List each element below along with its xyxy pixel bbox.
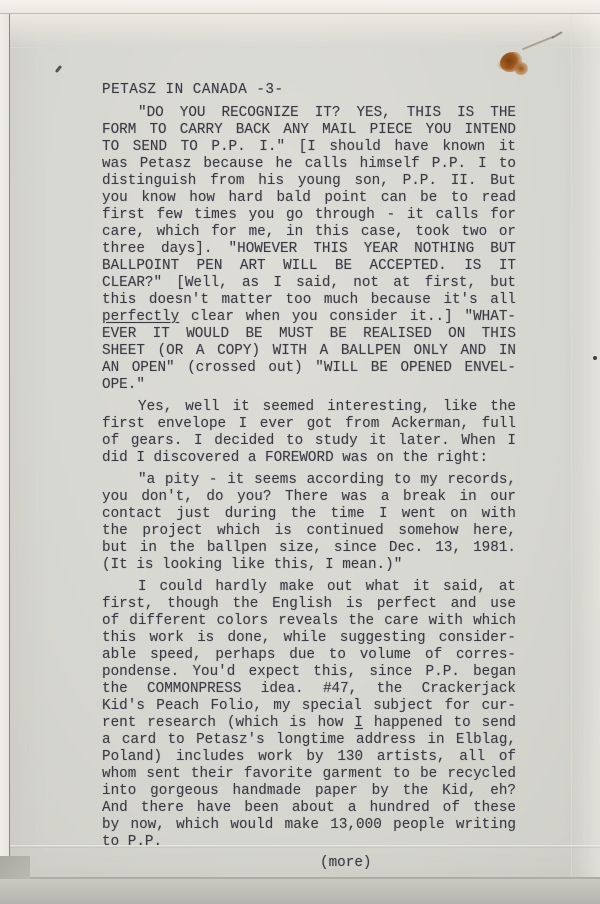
text-line: three days]. "HOWEVER THIS YEAR NOTHING … bbox=[102, 241, 516, 258]
text-line: first envelope I ever got from Ackerman,… bbox=[102, 416, 516, 433]
rust-stain-secondary bbox=[514, 62, 528, 75]
text-line: the COMMONPRESS idea. #47, the Crackerja… bbox=[102, 681, 516, 698]
text-line: distinguish from his young son, P.P. II.… bbox=[102, 173, 516, 190]
text-line: SHEET (OR A COPY) WITH A BALLPEN ONLY AN… bbox=[102, 343, 516, 360]
text-line: And there have been about a hundred of t… bbox=[102, 800, 516, 817]
fold-crease-top bbox=[10, 13, 600, 48]
text-line: Kid's Peach Folio, my special subject fo… bbox=[102, 698, 516, 715]
text-segment: clear when you consider it..] "WHAT- bbox=[179, 309, 516, 325]
text-line: first, though the English is perfect and… bbox=[102, 596, 516, 613]
text-line: perfectly clear when you consider it..] … bbox=[102, 309, 516, 326]
text-line: Poland) includes work by 130 artists, al… bbox=[102, 749, 516, 766]
paragraph: "DO YOU RECOGNIZE IT? YES, THIS IS THEFO… bbox=[102, 105, 516, 394]
text-line: OPE." bbox=[102, 377, 516, 394]
document-header: PETASZ IN CANADA -3- bbox=[102, 82, 516, 99]
paragraph: "a pity - it seems according to my recor… bbox=[102, 472, 516, 574]
text-line: BALLPOINT PEN ART WILL BE ACCEPTED. IS I… bbox=[102, 258, 516, 275]
text-line: you don't, do you? There was a break in … bbox=[102, 489, 516, 506]
text-line: the project which is continued somehow h… bbox=[102, 523, 516, 540]
text-line: rent research (which is how I happened t… bbox=[102, 715, 516, 732]
text-line: of gears. I decided to study it later. W… bbox=[102, 433, 516, 450]
text-line: this work is done, while suggesting cons… bbox=[102, 630, 516, 647]
text-line: EVER IT WOULD BE MUST BE REALISED ON THI… bbox=[102, 326, 516, 343]
paper-speck bbox=[593, 356, 597, 360]
underlined-word: perfectly bbox=[102, 309, 179, 325]
text-line: whom sent their favorite garment to be r… bbox=[102, 766, 516, 783]
text-line: care, which for me, in this case, took t… bbox=[102, 224, 516, 241]
text-line: into gorgeous handmade paper by the Kid,… bbox=[102, 783, 516, 800]
text-line: of different colors reveals the care wit… bbox=[102, 613, 516, 630]
document-footer: (more) bbox=[102, 855, 516, 872]
text-line: to P.P. bbox=[102, 834, 516, 851]
text-line: was Petasz because he calls himself P.P.… bbox=[102, 156, 516, 173]
text-line: Yes, well it seemed interesting, like th… bbox=[102, 399, 516, 416]
text-line: you know how hard bald point can be to r… bbox=[102, 190, 516, 207]
text-line: pondense. You'd expect this, since P.P. … bbox=[102, 664, 516, 681]
text-line: first few times you go through - it call… bbox=[102, 207, 516, 224]
table-surface bbox=[0, 879, 600, 904]
underlying-sheet-top-edge bbox=[0, 0, 600, 14]
text-line: a card to Petasz's longtime address in E… bbox=[102, 732, 516, 749]
document-text: PETASZ IN CANADA -3- "DO YOU RECOGNIZE I… bbox=[102, 82, 516, 872]
text-segment: rent research (which is how bbox=[102, 715, 354, 731]
text-line: "DO YOU RECOGNIZE IT? YES, THIS IS THE bbox=[102, 105, 516, 122]
text-line: CLEAR?" [Well, as I said, not at first, … bbox=[102, 275, 516, 292]
text-line: TO SEND TO P.P. I." [I should have known… bbox=[102, 139, 516, 156]
text-line: I could hardly make out what it said, at bbox=[102, 579, 516, 596]
paragraph: Yes, well it seemed interesting, like th… bbox=[102, 399, 516, 467]
text-line: FORM TO CARRY BACK ANY MAIL PIECE YOU IN… bbox=[102, 122, 516, 139]
text-line: AN OPEN" (crossed out) "WILL BE OPENED E… bbox=[102, 360, 516, 377]
text-line: contact just during the time I went on w… bbox=[102, 506, 516, 523]
photo-background: PETASZ IN CANADA -3- "DO YOU RECOGNIZE I… bbox=[0, 0, 600, 904]
page-right-curl bbox=[571, 13, 600, 879]
text-line: "a pity - it seems according to my recor… bbox=[102, 472, 516, 489]
document-body: "DO YOU RECOGNIZE IT? YES, THIS IS THEFO… bbox=[102, 105, 516, 851]
rust-stain-halo bbox=[497, 60, 507, 70]
underlined-word: I bbox=[354, 715, 363, 731]
text-line: (It is looking like this, I mean.)" bbox=[102, 557, 516, 574]
text-line: this doesn't matter too much because it'… bbox=[102, 292, 516, 309]
underlying-sheet-left-edge bbox=[0, 0, 9, 904]
text-line: able speed, perhaps due to volume of cor… bbox=[102, 647, 516, 664]
text-segment: happened to send bbox=[363, 715, 516, 731]
text-line: by now, which would make 13,000 people w… bbox=[102, 817, 516, 834]
paragraph: I could hardly make out what it said, at… bbox=[102, 579, 516, 851]
text-line: but in the ballpen size, since Dec. 13, … bbox=[102, 540, 516, 557]
text-line: did I discovered a FOREWORD was on the r… bbox=[102, 450, 516, 467]
